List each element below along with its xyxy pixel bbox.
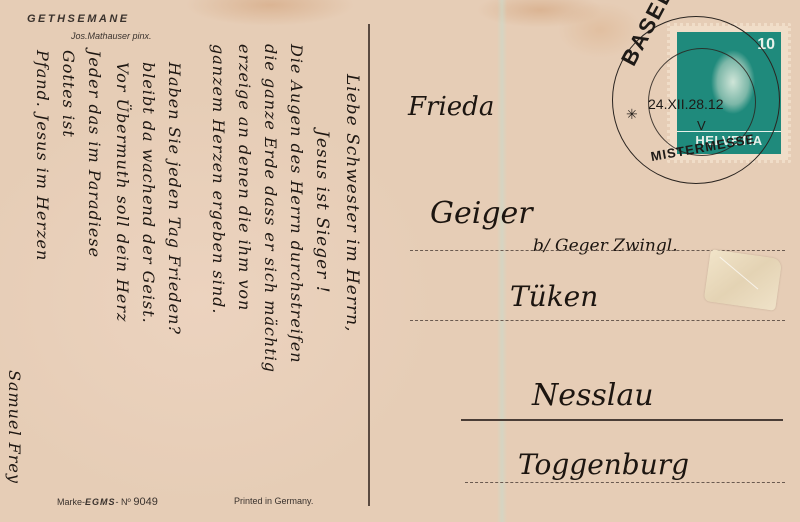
- message-line: erzeige an denen die ihm von: [235, 44, 254, 311]
- message-line: Pfand. Jesus im Herzen: [33, 50, 52, 261]
- message-line: Liebe Schwester im Herrn,: [342, 74, 362, 332]
- printed-in: Printed in Germany.: [234, 496, 313, 506]
- message-line: ganzem Herzen ergeben sind.: [209, 44, 228, 315]
- address-name: Frieda: [408, 92, 494, 122]
- message-line: Gottes ist: [59, 50, 78, 138]
- message-line: Vor Übermuth soll dein Herz: [113, 62, 132, 322]
- center-divider: [368, 24, 370, 506]
- address-line-4: [465, 482, 785, 483]
- message-signature: Samuel Frey: [5, 370, 24, 484]
- message-line: die ganze Erde dass er sich mächtig: [261, 44, 280, 373]
- address-care-of: b/ Geger Zwingl.: [533, 236, 678, 256]
- address-town: Nesslau: [532, 378, 654, 413]
- message-line: Jesus ist Sieger !: [312, 130, 332, 294]
- message-line: Die Augen des Herrn durchstreifen: [287, 44, 306, 364]
- publisher-prefix: Marke: [57, 497, 82, 507]
- postmark-star-icon: ✳: [626, 106, 638, 123]
- address-line-3: [461, 419, 783, 421]
- number-label: Nº: [121, 497, 131, 507]
- postcard-back: GETHSEMANE Jos.Mathauser pinx. Marke-EGM…: [0, 0, 800, 522]
- address-locality: Tüken: [510, 280, 598, 313]
- postmark-date: 24.XII.28.12: [648, 96, 724, 112]
- message-line: Jeder das im Paradiese: [85, 50, 104, 258]
- message-line: Haben Sie jeden Tag Frieden?: [165, 62, 184, 335]
- printed-title: GETHSEMANE: [27, 13, 130, 25]
- postmark-subline: V: [697, 118, 706, 133]
- address-region: Toggenburg: [518, 448, 689, 481]
- fold-crease: [497, 0, 507, 522]
- address-surname: Geiger: [430, 196, 533, 231]
- publisher-brand: EGMS: [85, 497, 116, 507]
- printed-artist: Jos.Mathauser pinx.: [71, 31, 152, 41]
- publisher-mark: Marke-EGMS- Nº 9049: [57, 496, 158, 508]
- message-line: bleibt da wachend der Geist.: [139, 62, 158, 324]
- address-line-2: [410, 320, 785, 321]
- paper-patch: [704, 249, 783, 311]
- card-number: 9049: [133, 496, 157, 508]
